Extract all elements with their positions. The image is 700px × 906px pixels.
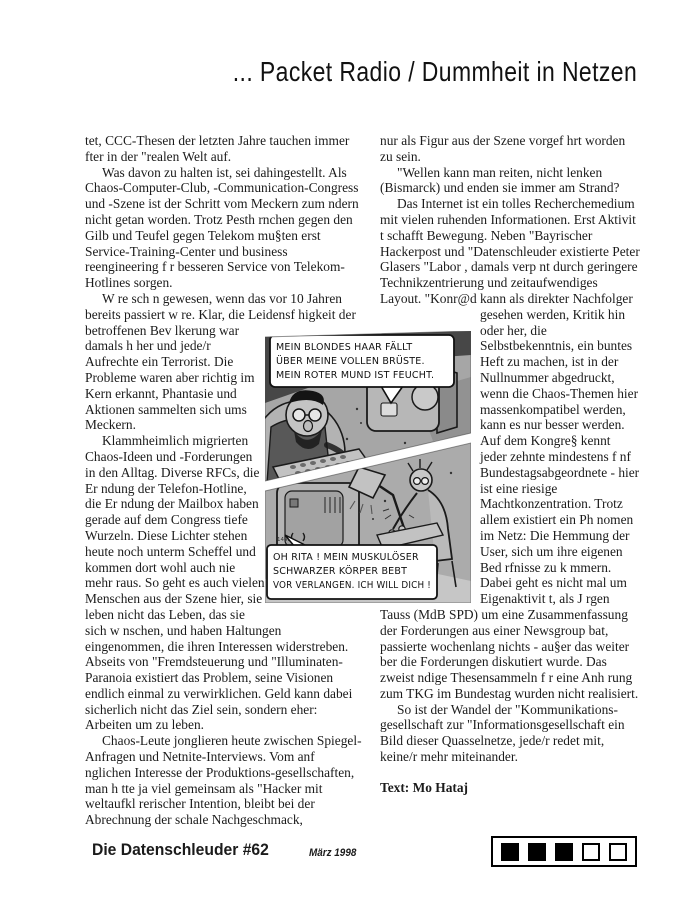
- page-square-filled: [555, 843, 573, 861]
- speech-bubble-2: OH RITA ! MEIN MUSKULÖSER SCHWARZER KÖRP…: [267, 535, 437, 599]
- page-square-empty: [609, 843, 627, 861]
- page-square-filled: [528, 843, 546, 861]
- bubble1-line1: MEIN BLONDES HAAR FÄLLT: [276, 342, 412, 353]
- bubble2-line3: VOR VERLANGEN. ICH WILL DICH !: [273, 580, 431, 591]
- cartoon-illustration: MEIN BLONDES HAAR FÄLLT ÜBER MEINE VOLLE…: [265, 331, 471, 603]
- magazine-name: Die Datenschleuder #62: [92, 841, 269, 860]
- byline: Text: Mo Hataj: [380, 780, 640, 796]
- monitor-sticker: [381, 403, 397, 416]
- paragraph: tet, CCC-Thesen der letzten Jahre tauche…: [85, 133, 363, 165]
- paragraph: Was davon zu halten ist, sei dahingestel…: [85, 165, 363, 291]
- bubble1-line3: MEIN ROTER MUND IST FEUCHT.: [276, 370, 434, 381]
- issue-date: März 1998: [309, 847, 356, 859]
- page-title: ... Packet Radio / Dummheit in Netzen: [233, 56, 637, 88]
- glasses-icon: [293, 409, 305, 421]
- bubble2-line2: SCHWARZER KÖRPER BEBT: [273, 566, 407, 577]
- paragraph: So ist der Wandel der "Kommunikations-ge…: [380, 702, 640, 765]
- paragraph: nur als Figur aus der Szene vorgef hrt w…: [380, 133, 640, 165]
- glasses-icon: [414, 478, 421, 485]
- page-square-empty: [582, 843, 600, 861]
- nose: [304, 421, 313, 432]
- paragraph: Chaos-Leute jonglieren heute zwischen Sp…: [85, 733, 363, 828]
- page-square-filled: [501, 843, 519, 861]
- magazine-page: ... Packet Radio / Dummheit in Netzen te…: [0, 0, 700, 906]
- page-indicator: [491, 836, 637, 867]
- bubble2-line1: OH RITA ! MEIN MUSKULÖSER: [273, 552, 419, 563]
- paragraph: "Wellen kann man reiten, nicht lenken (B…: [380, 165, 640, 197]
- bubble1-line2: ÜBER MEINE VOLLEN BRÜSTE.: [276, 356, 425, 367]
